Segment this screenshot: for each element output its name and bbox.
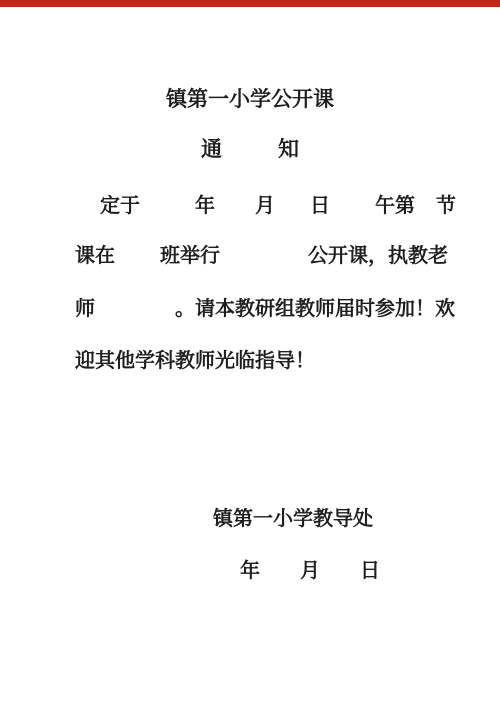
blank-field-subject	[225, 265, 303, 266]
date-line: 年 月 日	[240, 561, 380, 581]
top-accent-bar	[0, 0, 500, 7]
heading-char-zhi: 知	[278, 139, 299, 160]
blank-field-ampm	[335, 215, 370, 216]
body-line-1: 定于 年 月 日 午第 节	[100, 196, 456, 216]
blank-field-class	[120, 265, 155, 266]
blank-field-year	[145, 215, 190, 216]
text-day: 日	[310, 196, 330, 216]
text-invite: 。请本教研组教师届时参加！欢	[175, 299, 455, 319]
text-year: 年	[195, 196, 215, 216]
blank-field-sign-month	[265, 580, 295, 581]
text-month: 月	[255, 196, 275, 216]
text-jie: 节	[436, 196, 456, 216]
date-month: 月	[300, 561, 320, 581]
blank-field-day	[280, 215, 305, 216]
date-day: 日	[360, 561, 380, 581]
blank-field-teacher	[100, 318, 170, 319]
signature: 镇第一小学教导处	[213, 509, 373, 529]
text-shi: 师	[75, 299, 95, 319]
notice-title: 镇第一小学公开课	[0, 89, 500, 110]
text-gongkaike: 公开课，执教老	[308, 246, 448, 266]
text-banjuxing: 班举行	[160, 246, 220, 266]
body-line-3: 师 。请本教研组教师届时参加！欢	[75, 299, 455, 319]
blank-field-sign-day	[325, 580, 355, 581]
text-kezai: 课在	[75, 246, 115, 266]
word-space	[222, 139, 278, 140]
blank-field-period	[420, 215, 431, 216]
notice-heading: 通 知	[0, 139, 500, 160]
heading-char-tong: 通	[201, 139, 222, 160]
notice-document: 镇第一小学公开课 通 知 定于 年 月 日 午第 节 课在 班举行 公开课，执教…	[0, 0, 500, 708]
text-dingyu: 定于	[100, 196, 140, 216]
body-line-2: 课在 班举行 公开课，执教老	[75, 246, 448, 266]
body-line-4: 迎其他学科教师光临指导！	[75, 351, 315, 371]
date-year: 年	[240, 561, 260, 581]
blank-field-month	[220, 215, 250, 216]
text-wudi: 午第	[375, 196, 415, 216]
